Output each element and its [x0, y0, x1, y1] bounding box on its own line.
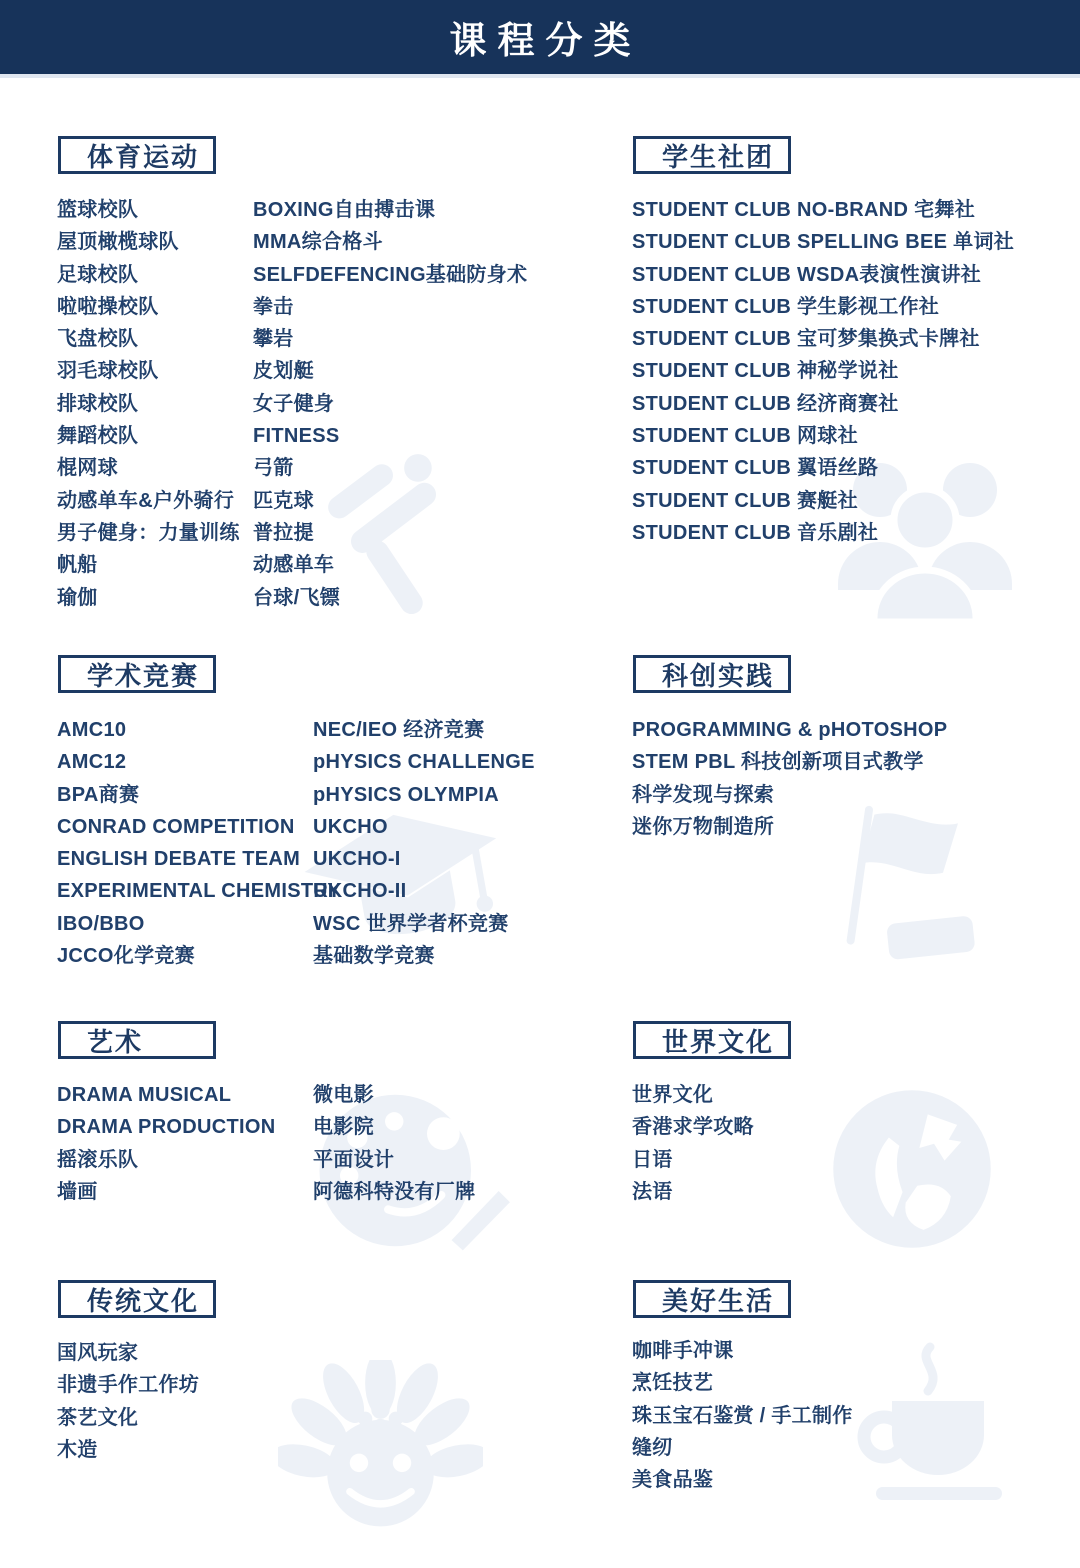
clubs-list: STUDENT CLUB NO-BRAND 宅舞社STUDENT CLUB SP… [632, 194, 1014, 549]
art-list-col1: DRAMA MUSICALDRAMA PRODUCTION摇滚乐队墙画 [57, 1079, 276, 1208]
list-item: 篮球校队 [57, 194, 240, 226]
list-item: STUDENT CLUB 赛艇社 [632, 485, 1014, 517]
list-item: pHYSICS OLYMPIA [313, 779, 535, 811]
list-item: STUDENT CLUB SPELLING BEE 单词社 [632, 226, 1014, 258]
list-item: 屋顶橄榄球队 [57, 226, 240, 258]
section-title-life: 美好生活 [633, 1280, 791, 1318]
list-item: STUDENT CLUB 神秘学说社 [632, 355, 1014, 387]
list-item: 科学发现与探索 [632, 779, 947, 811]
list-item: 匹克球 [253, 485, 527, 517]
section-title-label: 世界文化 [662, 1022, 774, 1059]
list-item: 帆船 [57, 549, 240, 581]
list-item: 香港求学攻略 [632, 1111, 754, 1143]
section-title-label: 艺术 [87, 1022, 143, 1059]
list-item: 飞盘校队 [57, 323, 240, 355]
list-item: 排球校队 [57, 388, 240, 420]
list-item: 羽毛球校队 [57, 355, 240, 387]
globe-icon [828, 1085, 996, 1253]
list-item: EXPERIMENTAL CHEMISTRY [57, 875, 341, 907]
list-item: 皮划艇 [253, 355, 527, 387]
list-item: 世界文化 [632, 1079, 754, 1111]
list-item: UKCHO [313, 811, 535, 843]
list-item: pHYSICS CHALLENGE [313, 746, 535, 778]
list-item: UKCHO-I [313, 843, 535, 875]
list-item: BPA商赛 [57, 779, 341, 811]
list-item: 烹饪技艺 [632, 1367, 853, 1399]
section-title-stem: 科创实践 [633, 655, 791, 693]
list-item: 啦啦操校队 [57, 291, 240, 323]
list-item: FITNESS [253, 420, 527, 452]
list-item: UKCHO-II [313, 875, 535, 907]
sports-list-col2: BOXING自由搏击课MMA综合格斗SELFDEFENCING基础防身术拳击攀岩… [253, 194, 527, 614]
section-title-label: 传统文化 [87, 1281, 199, 1318]
section-title-world: 世界文化 [633, 1021, 791, 1059]
list-item: 珠玉宝石鉴赏 / 手工制作 [632, 1400, 853, 1432]
list-item: STUDENT CLUB 经济商赛社 [632, 388, 1014, 420]
list-item: DRAMA PRODUCTION [57, 1111, 276, 1143]
list-item: STUDENT CLUB WSDA表演性演讲社 [632, 259, 1014, 291]
section-title-label: 学术竞赛 [87, 656, 199, 693]
list-item: MMA综合格斗 [253, 226, 527, 258]
lion-dance-icon [278, 1360, 483, 1535]
section-title-art: 艺术 [58, 1021, 216, 1059]
list-item: 动感单车&户外骑行 [57, 485, 240, 517]
world-list: 世界文化香港求学攻略日语法语 [632, 1079, 754, 1208]
list-item: 动感单车 [253, 549, 527, 581]
list-item: AMC10 [57, 714, 341, 746]
list-item: 瑜伽 [57, 582, 240, 614]
section-title-clubs: 学生社团 [633, 136, 791, 174]
page-header: 课程分类 [0, 0, 1080, 78]
list-item: 女子健身 [253, 388, 527, 420]
list-item: 茶艺文化 [57, 1402, 199, 1434]
sports-list-col1: 篮球校队屋顶橄榄球队足球校队啦啦操校队飞盘校队羽毛球校队排球校队舞蹈校队棍网球动… [57, 194, 240, 614]
list-item: PROGRAMMING & pHOTOSHOP [632, 714, 947, 746]
list-item: 电影院 [313, 1111, 475, 1143]
list-item: 迷你万物制造所 [632, 811, 947, 843]
list-item: 攀岩 [253, 323, 527, 355]
list-item: STUDENT CLUB NO-BRAND 宅舞社 [632, 194, 1014, 226]
section-title-academic: 学术竞赛 [58, 655, 216, 693]
list-item: 弓箭 [253, 452, 527, 484]
list-item: AMC12 [57, 746, 341, 778]
section-title-label: 科创实践 [662, 656, 774, 693]
academic-list-col1: AMC10AMC12BPA商赛CONRAD COMPETITIONENGLISH… [57, 714, 341, 972]
list-item: 美食品鉴 [632, 1464, 853, 1496]
list-item: IBO/BBO [57, 908, 341, 940]
list-item: 微电影 [313, 1079, 475, 1111]
list-item: 普拉提 [253, 517, 527, 549]
list-item: 非遗手作工作坊 [57, 1369, 199, 1401]
list-item: STUDENT CLUB 学生影视工作社 [632, 291, 1014, 323]
section-title-tradition: 传统文化 [58, 1280, 216, 1318]
section-title-label: 学生社团 [662, 137, 774, 174]
list-item: 日语 [632, 1144, 754, 1176]
list-item: 法语 [632, 1176, 754, 1208]
list-item: SELFDEFENCING基础防身术 [253, 259, 527, 291]
list-item: STUDENT CLUB 宝可梦集换式卡牌社 [632, 323, 1014, 355]
stem-list: PROGRAMMING & pHOTOSHOPSTEM PBL 科技创新项目式教… [632, 714, 947, 843]
coffee-cup-icon [832, 1340, 1012, 1512]
list-item: STUDENT CLUB 翼语丝路 [632, 452, 1014, 484]
list-item: 阿德科特没有厂牌 [313, 1176, 475, 1208]
list-item: 男子健身：力量训练 [57, 517, 240, 549]
list-item: ENGLISH DEBATE TEAM [57, 843, 341, 875]
academic-list-col2: NEC/IEO 经济竞赛pHYSICS CHALLENGEpHYSICS OLY… [313, 714, 535, 972]
list-item: 木造 [57, 1434, 199, 1466]
list-item: NEC/IEO 经济竞赛 [313, 714, 535, 746]
list-item: BOXING自由搏击课 [253, 194, 527, 226]
section-title-label: 美好生活 [662, 1281, 774, 1318]
list-item: STUDENT CLUB 音乐剧社 [632, 517, 1014, 549]
list-item: STEM PBL 科技创新项目式教学 [632, 746, 947, 778]
list-item: DRAMA MUSICAL [57, 1079, 276, 1111]
list-item: 基础数学竞赛 [313, 940, 535, 972]
list-item: CONRAD COMPETITION [57, 811, 341, 843]
list-item: 舞蹈校队 [57, 420, 240, 452]
art-list-col2: 微电影电影院平面设计阿德科特没有厂牌 [313, 1079, 475, 1208]
list-item: 咖啡手冲课 [632, 1335, 853, 1367]
list-item: 平面设计 [313, 1144, 475, 1176]
list-item: STUDENT CLUB 网球社 [632, 420, 1014, 452]
list-item: 足球校队 [57, 259, 240, 291]
list-item: 摇滚乐队 [57, 1144, 276, 1176]
list-item: 台球/飞镖 [253, 582, 527, 614]
list-item: 缝纫 [632, 1432, 853, 1464]
section-title-sports: 体育运动 [58, 136, 216, 174]
list-item: WSC 世界学者杯竞赛 [313, 908, 535, 940]
tradition-list: 国风玩家非遗手作工作坊茶艺文化木造 [57, 1337, 199, 1466]
list-item: 棍网球 [57, 452, 240, 484]
list-item: JCCO化学竞赛 [57, 940, 341, 972]
page-title: 课程分类 [439, 10, 642, 64]
section-title-label: 体育运动 [87, 137, 199, 174]
list-item: 国风玩家 [57, 1337, 199, 1369]
life-list: 咖啡手冲课烹饪技艺珠玉宝石鉴赏 / 手工制作缝纫美食品鉴 [632, 1335, 853, 1496]
list-item: 拳击 [253, 291, 527, 323]
list-item: 墙画 [57, 1176, 276, 1208]
